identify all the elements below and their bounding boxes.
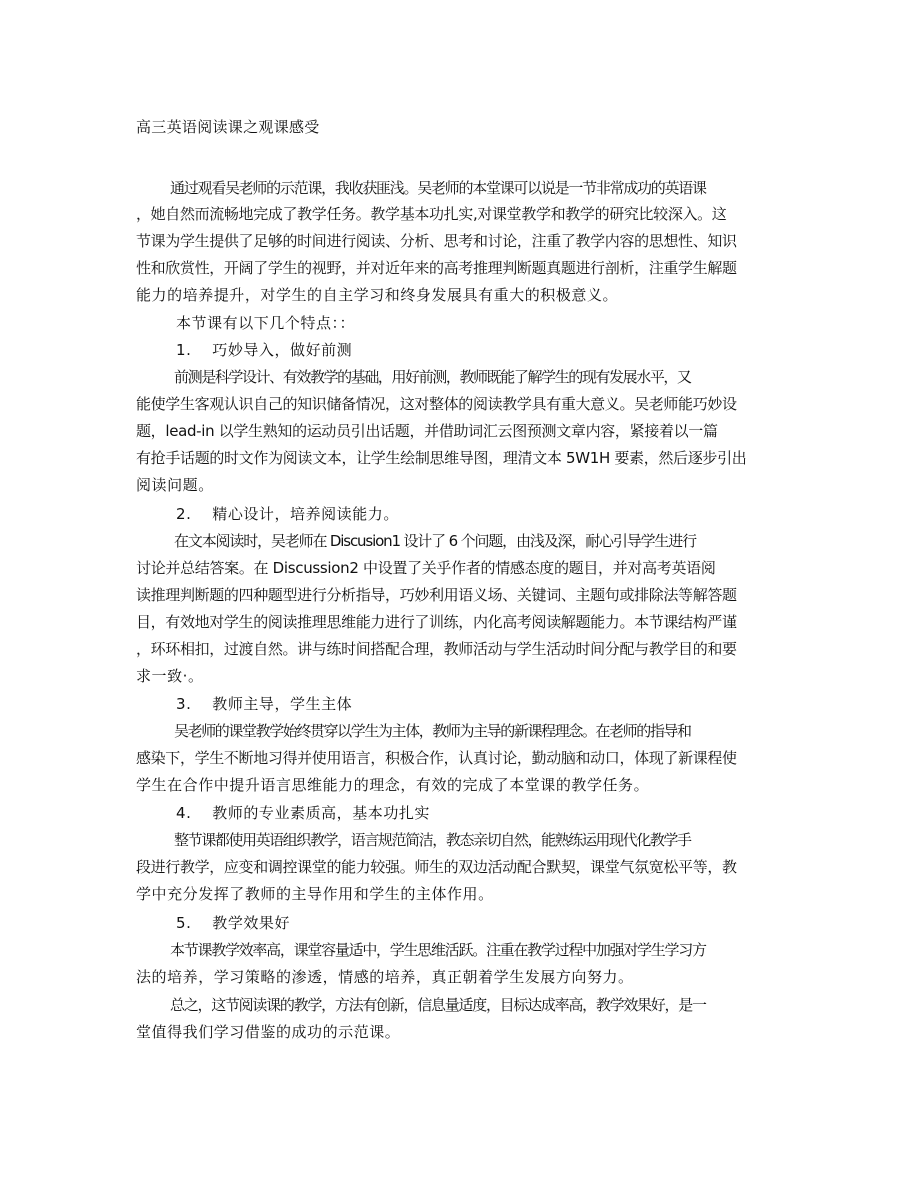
paragraph-line: 目，有效地对学生的阅读推理思维能力进行了训练，内化高考阅读解题能力。本节课结构严… — [136, 612, 796, 632]
paragraph-line: 法的培养，学习策略的渗透，情感的培养，真正朝着学生发展方向努力。 — [136, 967, 796, 987]
paragraph-line: 堂值得我们学习借鉴的成功的示范课。 — [136, 1022, 796, 1042]
paragraph-line: ，环环相扣，过渡自然。讲与练时间搭配合理，教师活动与学生活动时间分配与教学目的和… — [136, 639, 796, 659]
paragraph-line: 本节课教学效率高，课堂容量适中，学生思维活跃。注重在教学过程中加强对学生学习方 — [170, 940, 830, 960]
paragraph-line: 题，lead-in 以学生熟知的运动员引出话题，并借助词汇云图预测文章内容，紧接… — [136, 421, 796, 441]
paragraph-line: 能力的培养提升，对学生的自主学习和终身发展具有重大的积极意义。 — [136, 285, 796, 305]
paragraph-line: 性和欣赏性，开阔了学生的视野，并对近年来的高考推理判断题真题进行剖析，注重学生解… — [136, 258, 796, 278]
document-page: 高三英语阅读课之观课感受 通过观看吴老师的示范课，我收获匪浅。吴老师的本堂课可以… — [0, 0, 920, 1191]
paragraph-line: 节课为学生提供了足够的时间进行阅读、分析、思考和讨论，注重了教学内容的思想性、知… — [136, 231, 796, 251]
paragraph-line: 前测是科学设计、有效教学的基础，用好前测，教师既能了解学生的现有发展水平，又 — [174, 367, 834, 387]
section-heading: 1. 巧妙导入，做好前测 — [176, 340, 836, 360]
paragraph-line: 有抢手话题的时文作为阅读文本，让学生绘制思维导图，理清文本 5W1H 要素，然后… — [136, 448, 796, 468]
paragraph-line: 读推理判断题的四种题型进行分析指导，巧妙利用语义场、关键词、主题句或排除法等解答… — [136, 585, 796, 605]
paragraph-line: 感染下，学生不断地习得并使用语言，积极合作，认真讨论，勤动脑和动口，体现了新课程… — [136, 748, 796, 768]
paragraph-line: 学中充分发挥了教师的主导作用和学生的主体作用。 — [136, 884, 796, 904]
paragraph-line: 通过观看吴老师的示范课，我收获匪浅。吴老师的本堂课可以说是一节非常成功的英语课 — [170, 178, 830, 198]
paragraph-line: 本节课有以下几个特点：： — [176, 313, 836, 333]
paragraph-line: 段进行教学，应变和调控课堂的能力较强。师生的双边活动配合默契，课堂气氛宽松平等，… — [136, 857, 796, 877]
paragraph-line: 整节课都使用英语组织教学，语言规范简洁，教态亲切自然，能熟练运用现代化教学手 — [174, 830, 834, 850]
paragraph-line: 总之，这节阅读课的教学，方法有创新，信息量适度，目标达成率高，教学效果好，是一 — [170, 995, 830, 1015]
paragraph-line: 吴老师的课堂教学始终贯穿以学生为主体，教师为主导的新课程理念。在老师的指导和 — [174, 721, 834, 741]
section-heading: 5. 教学效果好 — [176, 913, 836, 933]
paragraph-line: 学生在合作中提升语言思维能力的理念，有效的完成了本堂课的教学任务。 — [136, 775, 796, 795]
paragraph-line: ，她自然而流畅地完成了教学任务。教学基本功扎实,对课堂教学和教学的研究比较深入。… — [136, 204, 796, 224]
paragraph-line: 求一致·。 — [136, 666, 796, 686]
paragraph-line: 在文本阅读时，吴老师在 Discusion1 设计了 6 个问题，由浅及深，耐心… — [174, 531, 834, 551]
paragraph-line: 能使学生客观认识自己的知识储备情况，这对整体的阅读教学具有重大意义。吴老师能巧妙… — [136, 394, 796, 414]
section-heading: 3. 教师主导，学生主体 — [176, 694, 836, 714]
paragraph-line: 阅读问题。 — [136, 475, 796, 495]
section-heading: 2. 精心设计，培养阅读能力。 — [176, 504, 836, 524]
paragraph-line: 讨论并总结答案。在 Discussion2 中设置了关乎作者的情感态度的题目，并… — [136, 558, 796, 578]
section-heading: 4. 教师的专业素质高，基本功扎实 — [176, 803, 836, 823]
document-title: 高三英语阅读课之观课感受 — [136, 117, 796, 137]
